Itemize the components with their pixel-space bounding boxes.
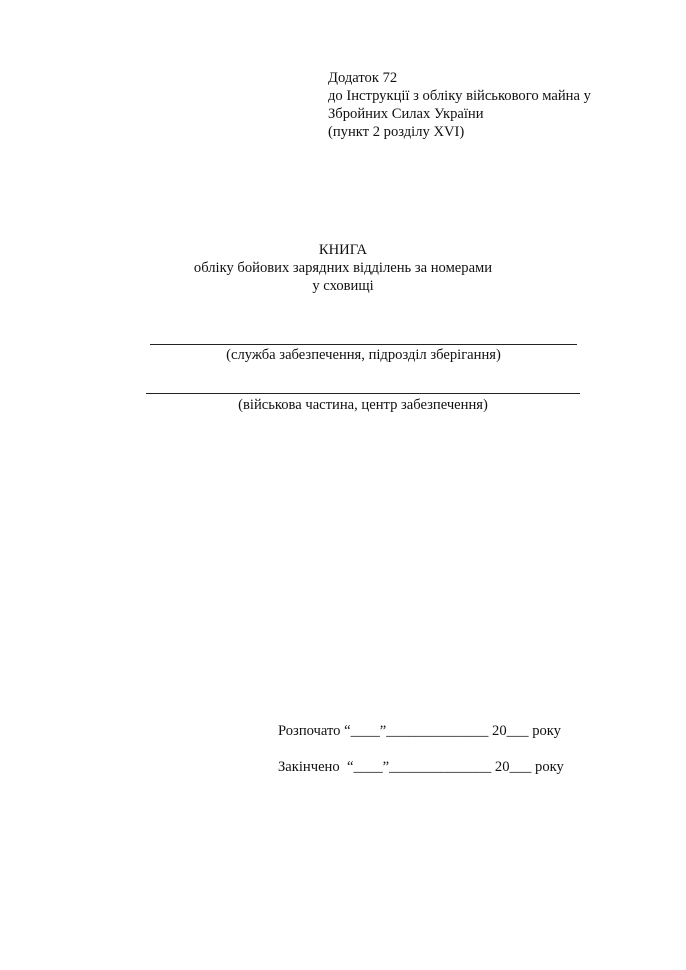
appendix-reference: Додаток 72 до Інструкції з обліку військ… xyxy=(328,69,591,141)
military-unit-field-line xyxy=(146,393,580,394)
appendix-section: (пункт 2 розділу XVI) xyxy=(328,123,591,141)
started-date-line: Розпочато “____”______________ 20___ рок… xyxy=(278,722,561,740)
appendix-forces: Збройних Силах України xyxy=(328,105,591,123)
service-unit-field-line xyxy=(150,344,577,345)
document-subtitle-line2: у сховищі xyxy=(0,277,686,295)
appendix-instruction: до Інструкції з обліку військового майна… xyxy=(328,87,591,105)
document-title: КНИГА xyxy=(0,241,686,259)
appendix-number: Додаток 72 xyxy=(328,69,591,87)
service-unit-caption: (служба забезпечення, підрозділ зберіган… xyxy=(150,346,577,364)
document-subtitle-line1: обліку бойових зарядних відділень за ном… xyxy=(0,259,686,277)
military-unit-caption: (військова частина, центр забезпечення) xyxy=(146,396,580,414)
finished-date-line: Закінчено “____”______________ 20___ рок… xyxy=(278,758,564,776)
